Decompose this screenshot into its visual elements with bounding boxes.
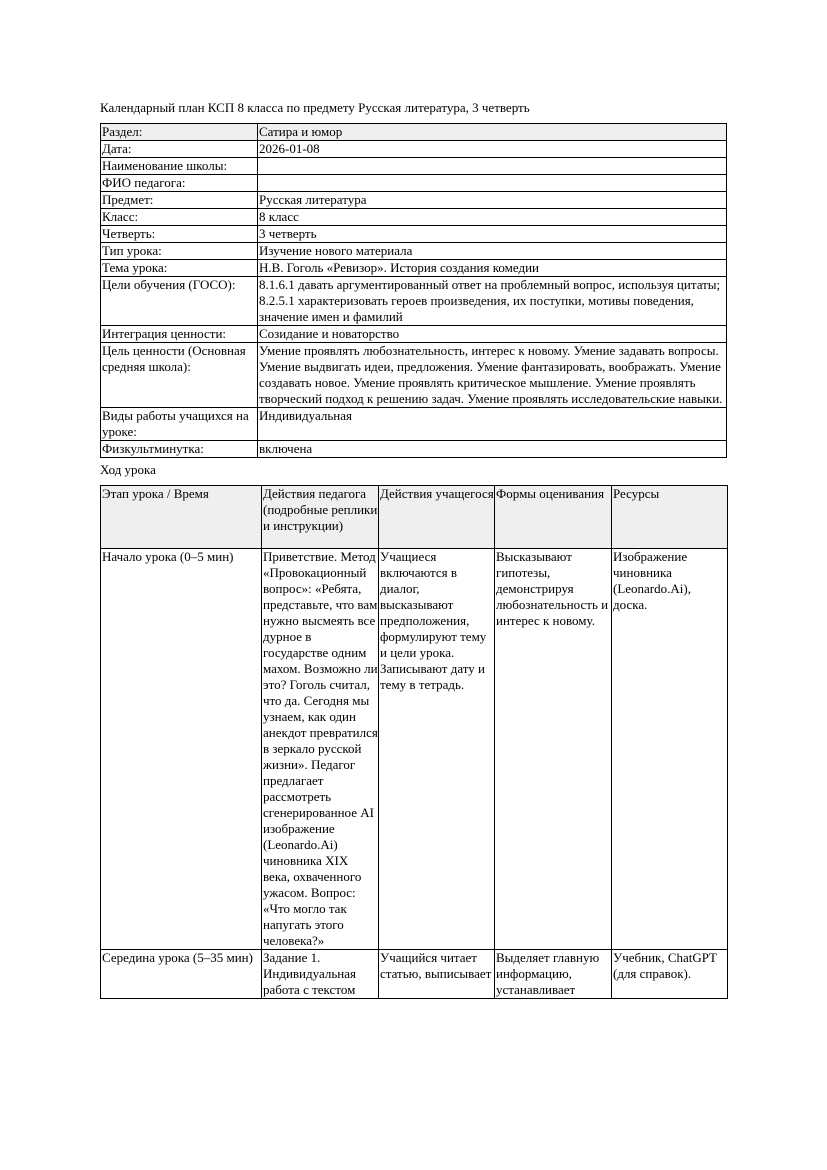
info-label: Четверть:: [101, 226, 258, 243]
info-row: ФИО педагога:: [101, 175, 727, 192]
info-label: ФИО педагога:: [101, 175, 258, 192]
assessment-cell: Выделяет главную информацию, устанавлива…: [495, 950, 612, 999]
teacher-actions-cell: Задание 1. Индивидуальная работа с текст…: [262, 950, 379, 999]
info-value: Н.В. Гоголь «Ревизор». История создания …: [258, 260, 727, 277]
info-label: Интеграция ценности:: [101, 326, 258, 343]
info-row: Класс:8 класс: [101, 209, 727, 226]
table-row: Середина урока (5–35 мин) Задание 1. Инд…: [101, 950, 728, 999]
info-label: Наименование школы:: [101, 158, 258, 175]
lesson-flow-heading: Ход урока: [100, 462, 156, 478]
info-label: Цели обучения (ГОСО):: [101, 277, 258, 326]
student-actions-cell: Учащиеся включаются в диалог, высказываю…: [379, 549, 495, 950]
info-value: [258, 158, 727, 175]
info-row: Виды работы учащихся на уроке:Индивидуал…: [101, 408, 727, 441]
info-row: Предмет:Русская литература: [101, 192, 727, 209]
column-header: Действия педагога (подробные реплики и и…: [262, 486, 379, 549]
info-label: Дата:: [101, 141, 258, 158]
info-value: 8.1.6.1 давать аргументированный ответ н…: [258, 277, 727, 326]
info-value: 3 четверть: [258, 226, 727, 243]
table-header-row: Этап урока / Время Действия педагога (по…: [101, 486, 728, 549]
info-label: Виды работы учащихся на уроке:: [101, 408, 258, 441]
info-value: Индивидуальная: [258, 408, 727, 441]
info-row: Цели обучения (ГОСО):8.1.6.1 давать аргу…: [101, 277, 727, 326]
info-label: Физкультминутка:: [101, 441, 258, 458]
stage-cell: Начало урока (0–5 мин): [101, 549, 262, 950]
info-row: Цель ценности (Основная средняя школа):У…: [101, 343, 727, 408]
info-value: [258, 175, 727, 192]
info-row: Тема урока:Н.В. Гоголь «Ревизор». Истори…: [101, 260, 727, 277]
assessment-cell: Высказывают гипотезы, демонстрируя любоз…: [495, 549, 612, 950]
info-label: Тип урока:: [101, 243, 258, 260]
info-value: Изучение нового материала: [258, 243, 727, 260]
info-label: Предмет:: [101, 192, 258, 209]
info-row: Физкультминутка:включена: [101, 441, 727, 458]
resources-cell: Учебник, ChatGPT (для справок).: [612, 950, 728, 999]
info-value: Созидание и новаторство: [258, 326, 727, 343]
column-header: Действия учащегося: [379, 486, 495, 549]
info-label: Цель ценности (Основная средняя школа):: [101, 343, 258, 408]
document-title: Календарный план КСП 8 класса по предмет…: [100, 100, 530, 116]
lesson-flow-table: Этап урока / Время Действия педагога (по…: [100, 485, 728, 999]
info-value: 2026-01-08: [258, 141, 727, 158]
lesson-info-table: Раздел:Сатира и юмор Дата:2026-01-08 Наи…: [100, 123, 727, 458]
info-row: Наименование школы:: [101, 158, 727, 175]
info-row: Тип урока:Изучение нового материала: [101, 243, 727, 260]
student-actions-cell: Учащийся читает статью, выписывает: [379, 950, 495, 999]
info-label: Тема урока:: [101, 260, 258, 277]
info-row: Раздел:Сатира и юмор: [101, 124, 727, 141]
info-row: Четверть:3 четверть: [101, 226, 727, 243]
column-header: Этап урока / Время: [101, 486, 262, 549]
info-label: Класс:: [101, 209, 258, 226]
info-row: Интеграция ценности:Созидание и новаторс…: [101, 326, 727, 343]
info-value: 8 класс: [258, 209, 727, 226]
table-row: Начало урока (0–5 мин) Приветствие. Мето…: [101, 549, 728, 950]
stage-cell: Середина урока (5–35 мин): [101, 950, 262, 999]
resources-cell: Изображение чиновника (Leonardo.Ai), дос…: [612, 549, 728, 950]
teacher-actions-cell: Приветствие. Метод «Провокационный вопро…: [262, 549, 379, 950]
column-header: Ресурсы: [612, 486, 728, 549]
info-value: Умение проявлять любознательность, интер…: [258, 343, 727, 408]
info-row: Дата:2026-01-08: [101, 141, 727, 158]
info-value: Русская литература: [258, 192, 727, 209]
info-label: Раздел:: [101, 124, 258, 141]
info-value: Сатира и юмор: [258, 124, 727, 141]
info-value: включена: [258, 441, 727, 458]
column-header: Формы оценивания: [495, 486, 612, 549]
